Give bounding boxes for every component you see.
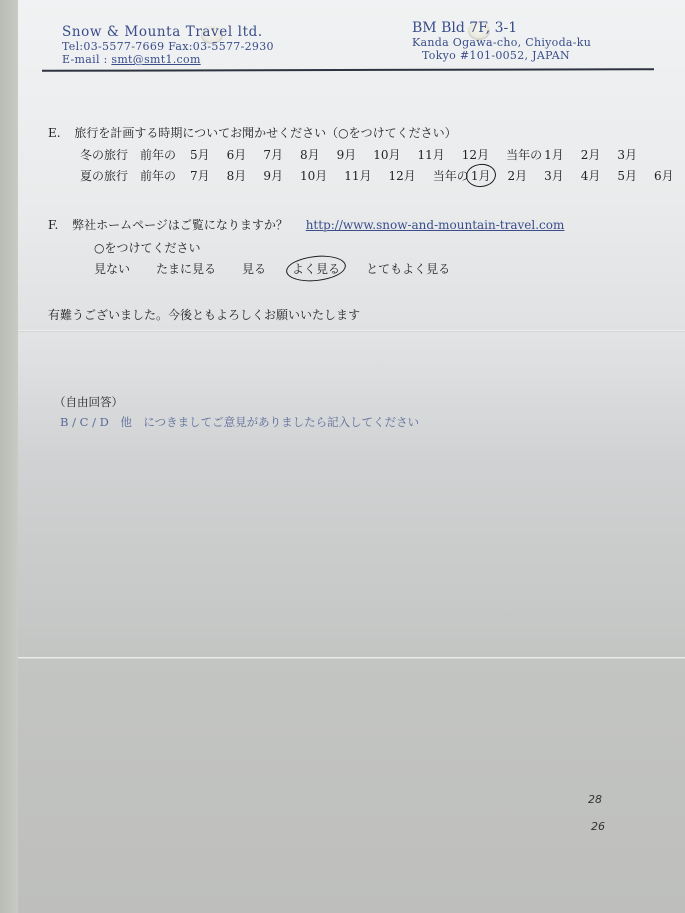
- winter-prev-year: 前年の: [140, 146, 176, 163]
- question-f-heading: F. 弊社ホームページはご覧になりますか？ http://www.snow-an…: [48, 216, 564, 233]
- summer-this-month-option[interactable]: 1月: [471, 167, 491, 184]
- website-visit-options: 見ないたまに見る見るよく見るとてもよく見る: [94, 260, 476, 277]
- winter-travel-row: 冬の旅行 前年の 5月6月7月8月9月10月11月12月 当年の 1月2月3月: [80, 146, 654, 163]
- summer-this-month-option[interactable]: 2月: [507, 167, 527, 184]
- thanks-message: 有難うございました。今後ともよろしくお願いいたします: [48, 306, 360, 323]
- website-visit-option[interactable]: とてもよく見る: [366, 260, 450, 277]
- winter-label: 冬の旅行: [80, 146, 128, 163]
- website-visit-option[interactable]: よく見る: [292, 260, 340, 277]
- winter-prev-month-option[interactable]: 10月: [373, 146, 400, 163]
- website-visit-option[interactable]: たまに見る: [156, 260, 216, 277]
- winter-this-month-option[interactable]: 1月: [544, 146, 564, 163]
- summer-this-month-option[interactable]: 5月: [617, 167, 637, 184]
- question-f-instruction: ○をつけてください: [94, 239, 200, 256]
- question-e-text: 旅行を計画する時期についてお聞かせください（○をつけてください）: [74, 126, 456, 140]
- website-visit-option[interactable]: 見る: [242, 260, 266, 277]
- summer-this-year: 当年の: [433, 167, 469, 184]
- letterhead-company: Snow & Mounta Travel ltd. Tel:03-5577-76…: [62, 24, 274, 66]
- email-label: E-mail :: [62, 53, 111, 66]
- question-e-label: E.: [48, 126, 61, 140]
- address-line-2: Kanda Ogawa-cho, Chiyoda-ku: [412, 36, 591, 49]
- summer-label: 夏の旅行: [80, 167, 128, 184]
- winter-this-month-option[interactable]: 2月: [581, 146, 601, 163]
- winter-prev-month-option[interactable]: 8月: [300, 146, 320, 163]
- winter-this-year: 当年の: [506, 146, 542, 163]
- winter-prev-month-option[interactable]: 7月: [263, 146, 283, 163]
- winter-prev-month-option[interactable]: 9月: [337, 146, 357, 163]
- question-e-heading: E. 旅行を計画する時期についてお聞かせください（○をつけてください）: [48, 124, 457, 141]
- summer-this-month-option[interactable]: 4月: [581, 167, 601, 184]
- summer-travel-row: 夏の旅行 前年の 7月8月9月10月11月12月 当年の 1月2月3月4月5月6…: [80, 167, 685, 184]
- summer-prev-month-option[interactable]: 9月: [263, 167, 283, 184]
- summer-prev-month-option[interactable]: 10月: [300, 167, 327, 184]
- email-link[interactable]: smt@smt1.com: [111, 53, 200, 66]
- letterhead-address: BM Bld 7F, 3-1 Kanda Ogawa-cho, Chiyoda-…: [412, 20, 591, 62]
- table-surface: [0, 0, 18, 913]
- address-line-1: BM Bld 7F, 3-1: [412, 20, 591, 36]
- question-f-label: F.: [48, 218, 58, 232]
- winter-prev-month-option[interactable]: 11月: [418, 146, 445, 163]
- winter-prev-month-option[interactable]: 6月: [227, 146, 247, 163]
- company-name: Snow & Mounta Travel ltd.: [62, 24, 274, 40]
- free-answer-hint: B / C / D 他 につきましてご意見がありましたら記入してください: [60, 414, 419, 430]
- winter-prev-month-option[interactable]: 12月: [462, 146, 489, 163]
- handwritten-note: 28: [588, 793, 602, 806]
- summer-prev-year: 前年の: [140, 167, 176, 184]
- homepage-link[interactable]: http://www.snow-and-mountain-travel.com: [306, 218, 565, 232]
- free-answer-label: （自由回答）: [54, 394, 123, 410]
- winter-prev-month-option[interactable]: 5月: [190, 146, 210, 163]
- winter-this-month-option[interactable]: 3月: [617, 146, 637, 163]
- address-line-3: Tokyo #101-0052, JAPAN: [412, 49, 591, 62]
- summer-prev-month-option[interactable]: 8月: [227, 167, 247, 184]
- fold-line: [18, 330, 685, 332]
- fold-line: [18, 657, 685, 659]
- summer-this-month-option[interactable]: 3月: [544, 167, 564, 184]
- tel-fax: Tel:03-5577-7669 Fax:03-5577-2930: [62, 40, 274, 53]
- summer-prev-month-option[interactable]: 11月: [344, 167, 371, 184]
- handwritten-note: 26: [591, 820, 605, 833]
- summer-this-month-option[interactable]: 6月: [654, 167, 674, 184]
- summer-prev-month-option[interactable]: 12月: [389, 167, 416, 184]
- question-f-text: 弊社ホームページはご覧になりますか？: [72, 218, 288, 232]
- summer-prev-month-option[interactable]: 7月: [190, 167, 210, 184]
- website-visit-option[interactable]: 見ない: [94, 260, 130, 277]
- email-line: E-mail : smt@smt1.com: [62, 53, 274, 66]
